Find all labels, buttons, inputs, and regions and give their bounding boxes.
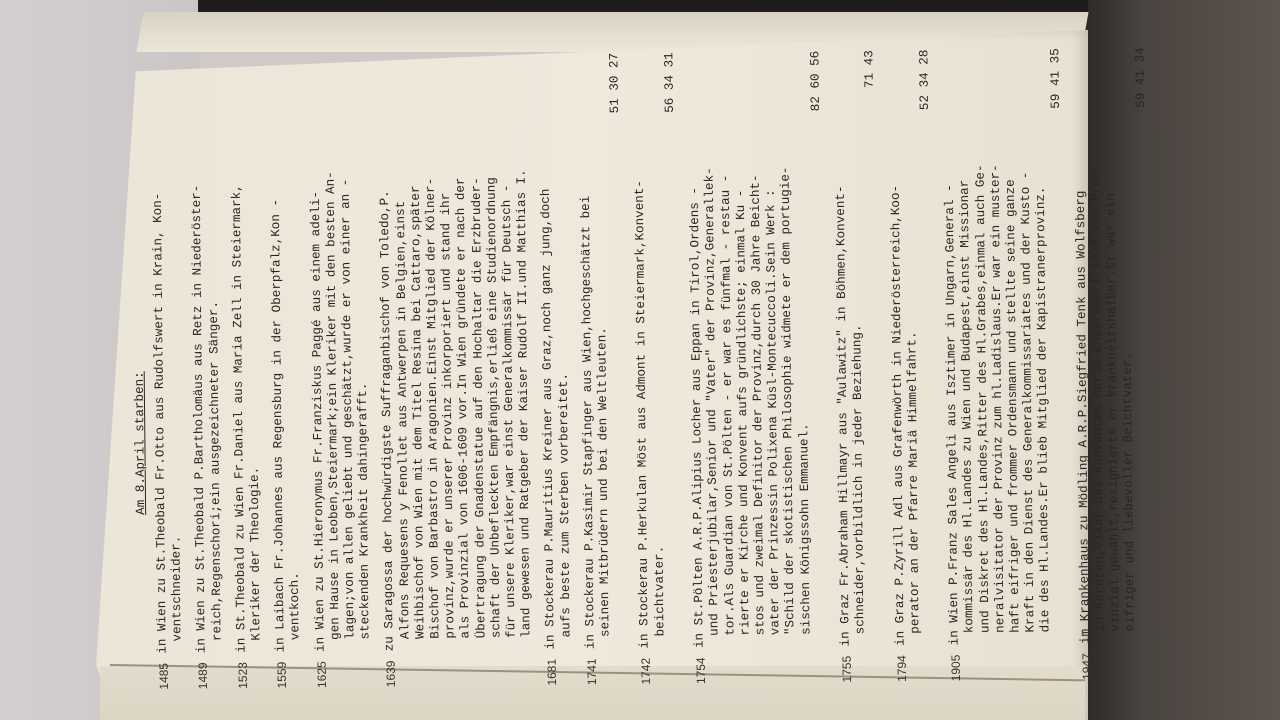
entry-year: 1523 [234,653,265,689]
entry-list: 1485 in Wien zu St.Theobald Fr.Otto aus … [149,39,1154,689]
entry-year: 1742 [638,648,684,684]
entry-year: 1559 [274,652,305,688]
entry-body: in Wien zu St.Theobald P.Bartholomäus au… [189,49,226,653]
necrology-entry: 1639 zu Saragossa der hochwürdigste Suff… [377,46,536,688]
entry-body: im Krankenhaus zu Mödling A.R.P.Siegfrie… [1072,39,1154,644]
necrology-entry: 1755 in Graz Fr.Abraham Hillmayr aus "Au… [832,42,884,682]
necrology-entry: 1905 in Wien P.Franz Sales Angeli aus Is… [941,40,1069,681]
necrology-entry: 1741 in Stockerau P.Kasimir Stapfinger a… [577,45,629,685]
entry-body: in Graz Fr.Abraham Hillmayr aus "Aulawit… [832,42,884,646]
entry-year: 1681 [544,649,575,685]
entry-body: zu Saragossa der hochwürdigste Suffragan… [377,46,535,652]
necrology-entry: 1523 in St.Theobald zu Wien Fr.Daniel au… [228,49,265,689]
entry-year: 1489 [195,653,226,689]
entry-year: 1741 [583,649,629,685]
entry-body: in St.Pölten A.R.P.Alipius Locher aus Ep… [686,43,829,648]
necrology-entry: 1681 in Stockerau P.Mauritius Kreiner au… [538,45,575,685]
entry-year: 1639 [383,650,535,688]
entry-year: 1485 [156,653,187,689]
necrology-entry: 1742 in Stockerau P.Herkulan Möst aus Ad… [632,44,684,684]
entry-body: in St.Theobald zu Wien Fr.Daniel aus Mar… [228,49,265,653]
entry-body: in Wien zu St.Theobald Fr.Otto aus Rudol… [149,49,186,653]
necrology-entry: 1485 in Wien zu St.Theobald Fr.Otto aus … [149,49,186,689]
entry-year: 1625 [313,651,374,688]
necrology-entry: 1794 in Graz P.Zyrill Adl aus Grafenwört… [887,42,939,682]
entry-body: in Stockerau P.Herkulan Möst aus Admont … [632,44,684,648]
necrology-entry: 1625 in Wien zu St.Hieronymus Fr.Franzis… [307,47,375,688]
necrology-entry: 1489 in Wien zu St.Theobald P.Bartholomä… [189,49,226,689]
necrology-entry: 1947 im Krankenhaus zu Mödling A.R.P.Sie… [1072,39,1155,680]
entry-body: in Stockerau P.Kasimir Stapfinger aus Wi… [577,45,629,649]
necrology-text: Am 8.April starben: 1485 in Wien zu St.T… [123,39,1163,690]
entry-body: in Stockerau P.Mauritius Kreiner aus Gra… [538,45,575,649]
entry-year: 1905 [948,644,1070,681]
entry-body: in Laibach Fr.Johannes aus Regensburg in… [268,48,305,652]
entry-body: in Wien P.Franz Sales Angeli aus Isztime… [941,40,1069,645]
entry-year: 1754 [693,647,830,684]
entry-body: in Wien zu St.Hieronymus Fr.Franziskus P… [307,47,374,652]
entry-year: 1755 [839,646,885,682]
necrology-entry: 1559 in Laibach Fr.Johannes aus Regensbu… [268,48,305,688]
entry-body: in Graz P.Zyrill Adl aus Grafenwörth in … [887,42,939,646]
entry-year: 1794 [893,646,939,682]
entry-year: 1947 [1078,643,1154,680]
necrology-entry: 1754 in St.Pölten A.R.P.Alipius Locher a… [686,43,830,684]
